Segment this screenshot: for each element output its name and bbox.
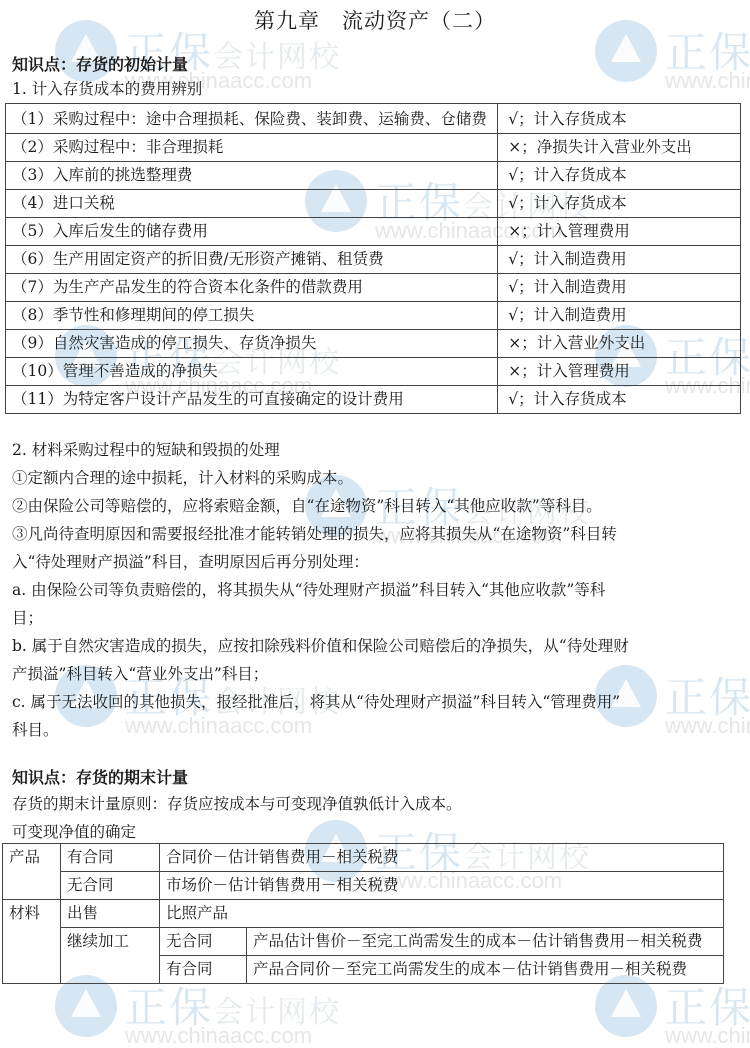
paragraph-line: a. 由保险公司等负责赔偿的，将其损失从“待处理财产损溢”科目转入“其他应收款”… [12, 578, 605, 600]
table-cell-subcondition: 无合同 [160, 928, 247, 956]
table-cell-item: （9）自然灾害造成的停工损失、存货净损失 [6, 330, 498, 358]
subheading-cost-identification: 1. 计入存货成本的费用辨别 [12, 77, 202, 99]
table-cell-result: √；计入制造费用 [498, 246, 741, 274]
table-row: 继续加工 无合同 产品估计售价－至完工尚需发生的成本－估计销售费用－相关税费 [3, 928, 724, 956]
table-cell-result: √；计入制造费用 [498, 274, 741, 302]
table-cell-item: （10）管理不善造成的净损失 [6, 358, 498, 386]
table-cell-item: （5）入库后发生的储存费用 [6, 218, 498, 246]
table-row: 产品 有合同 合同价－估计销售费用－相关税费 [3, 844, 724, 872]
watermark-logo-icon [595, 975, 657, 1037]
table-cell-item: （8）季节性和修理期间的停工损失 [6, 302, 498, 330]
table-cell-condition: 有合同 [61, 844, 160, 872]
table-row: （2）采购过程中：非合理损耗 ×；净损失计入营业外支出 [6, 134, 741, 162]
table-row: （3）入库前的挑选整理费 √；计入存货成本 [6, 162, 741, 190]
paragraph-line: ②由保险公司等赔偿的，应将索赔金额，自“在途物资”科目转入“其他应收款”等科目。 [12, 494, 602, 516]
table-row: （9）自然灾害造成的停工损失、存货净损失 ×；计入营业外支出 [6, 330, 741, 358]
table-row: （8）季节性和修理期间的停工损失 √；计入制造费用 [6, 302, 741, 330]
table-row: （1）采购过程中：途中合理损耗、保险费、装卸费、运输费、仓储费 √；计入存货成本 [6, 104, 741, 134]
table-cell-result: ×；净损失计入营业外支出 [498, 134, 741, 162]
table-cell-result: √；计入存货成本 [498, 162, 741, 190]
table-cell-formula: 产品估计售价－至完工尚需发生的成本－估计销售费用－相关税费 [247, 928, 724, 956]
page-title: 第九章 流动资产（二） [0, 5, 750, 35]
paragraph-line: 科目。 [12, 718, 59, 740]
table-cell-result: √；计入存货成本 [498, 386, 741, 414]
paragraph-line: ①定额内合理的途中损耗，计入材料的采购成本。 [12, 466, 353, 488]
table-cell-result: ×；计入管理费用 [498, 218, 741, 246]
table-cell-result: √；计入存货成本 [498, 190, 741, 218]
table-cell-result: ×；计入管理费用 [498, 358, 741, 386]
paragraph-line: 产损溢”科目转入“营业外支出”科目； [12, 662, 268, 684]
table-cell-condition: 继续加工 [61, 928, 160, 984]
paragraph-line: c. 属于无法收回的其他损失，报经批准后，将其从“待处理财产损溢”科目转入“管理… [12, 690, 620, 712]
table-row: （5）入库后发生的储存费用 ×；计入管理费用 [6, 218, 741, 246]
table-cell-item: （1）采购过程中：途中合理损耗、保险费、装卸费、运输费、仓储费 [6, 104, 498, 134]
table-cell-condition: 无合同 [61, 872, 160, 900]
table-row: （4）进口关税 √；计入存货成本 [6, 190, 741, 218]
cost-identification-table: （1）采购过程中：途中合理损耗、保险费、装卸费、运输费、仓储费 √；计入存货成本… [5, 103, 741, 414]
nrv-table: 产品 有合同 合同价－估计销售费用－相关税费 无合同 市场价－估计销售费用－相关… [2, 843, 724, 984]
table-row: （10）管理不善造成的净损失 ×；计入管理费用 [6, 358, 741, 386]
paragraph-line: 入“待处理财产损溢”科目，查明原因后再分别处理： [12, 550, 369, 572]
table-cell-item: （6）生产用固定资产的折旧费/无形资产摊销、租赁费 [6, 246, 498, 274]
principle-text: 存货的期末计量原则：存货应按成本与可变现净值孰低计入成本。 [12, 792, 462, 814]
table-cell-item: （11）为特定客户设计产品发生的可直接确定的设计费用 [6, 386, 498, 414]
table-cell-formula: 产品合同价－至完工尚需发生的成本－估计销售费用－相关税费 [247, 956, 724, 984]
table-cell-formula: 合同价－估计销售费用－相关税费 [160, 844, 724, 872]
subheading-shortage-handling: 2. 材料采购过程中的短缺和毁损的处理 [12, 438, 280, 460]
paragraph-line: b. 属于自然灾害造成的损失，应按扣除残料价值和保险公司赔偿后的净损失，从“待处… [12, 634, 629, 656]
table-cell-item: （3）入库前的挑选整理费 [6, 162, 498, 190]
table-cell-result: √；计入存货成本 [498, 104, 741, 134]
table-cell-result: ×；计入营业外支出 [498, 330, 741, 358]
table-cell-item: （4）进口关税 [6, 190, 498, 218]
table-row: （7）为生产产品发生的符合资本化条件的借款费用 √；计入制造费用 [6, 274, 741, 302]
table-cell-category: 材料 [3, 900, 61, 984]
table-cell-result: √；计入制造费用 [498, 302, 741, 330]
table-row: 无合同 市场价－估计销售费用－相关税费 [3, 872, 724, 900]
section-heading-period-end-measurement: 知识点：存货的期末计量 [12, 765, 188, 788]
table-row: （6）生产用固定资产的折旧费/无形资产摊销、租赁费 √；计入制造费用 [6, 246, 741, 274]
table-cell-subcondition: 有合同 [160, 956, 247, 984]
watermark-logo-icon [55, 975, 117, 1037]
table-cell-item: （7）为生产产品发生的符合资本化条件的借款费用 [6, 274, 498, 302]
table-cell-item: （2）采购过程中：非合理损耗 [6, 134, 498, 162]
table-cell-formula: 比照产品 [160, 900, 724, 928]
table-cell-formula: 市场价－估计销售费用－相关税费 [160, 872, 724, 900]
table-row: 材料 出售 比照产品 [3, 900, 724, 928]
section-heading-initial-measurement: 知识点：存货的初始计量 [12, 52, 188, 75]
table-row: （11）为特定客户设计产品发生的可直接确定的设计费用 √；计入存货成本 [6, 386, 741, 414]
table-cell-condition: 出售 [61, 900, 160, 928]
paragraph-line: ③凡尚待查明原因和需要报经批准才能转销处理的损失，应将其损失从“在途物资”科目转 [12, 522, 617, 544]
table-cell-category: 产品 [3, 844, 61, 900]
subheading-nrv: 可变现净值的确定 [12, 820, 136, 842]
paragraph-line: 目； [12, 606, 43, 628]
